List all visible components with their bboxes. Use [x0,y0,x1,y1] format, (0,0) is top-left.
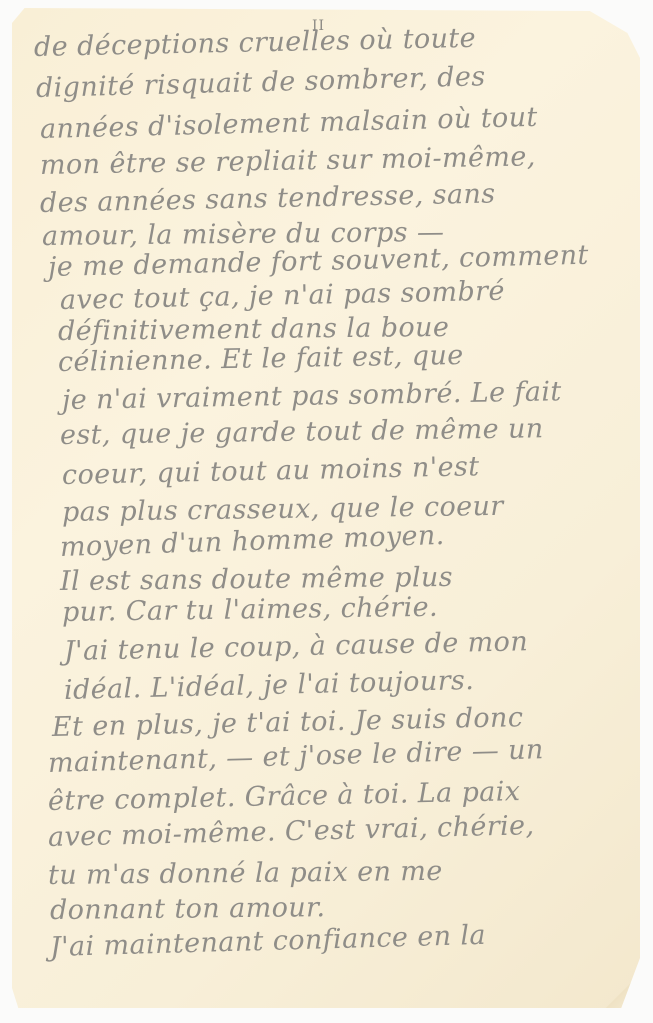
handwritten-line: donnant ton amour. [50,892,326,926]
handwritten-line: pur. Car tu l'aimes, chérie. [62,592,438,628]
handwritten-line: tu m'as donné la paix en me [48,856,443,891]
